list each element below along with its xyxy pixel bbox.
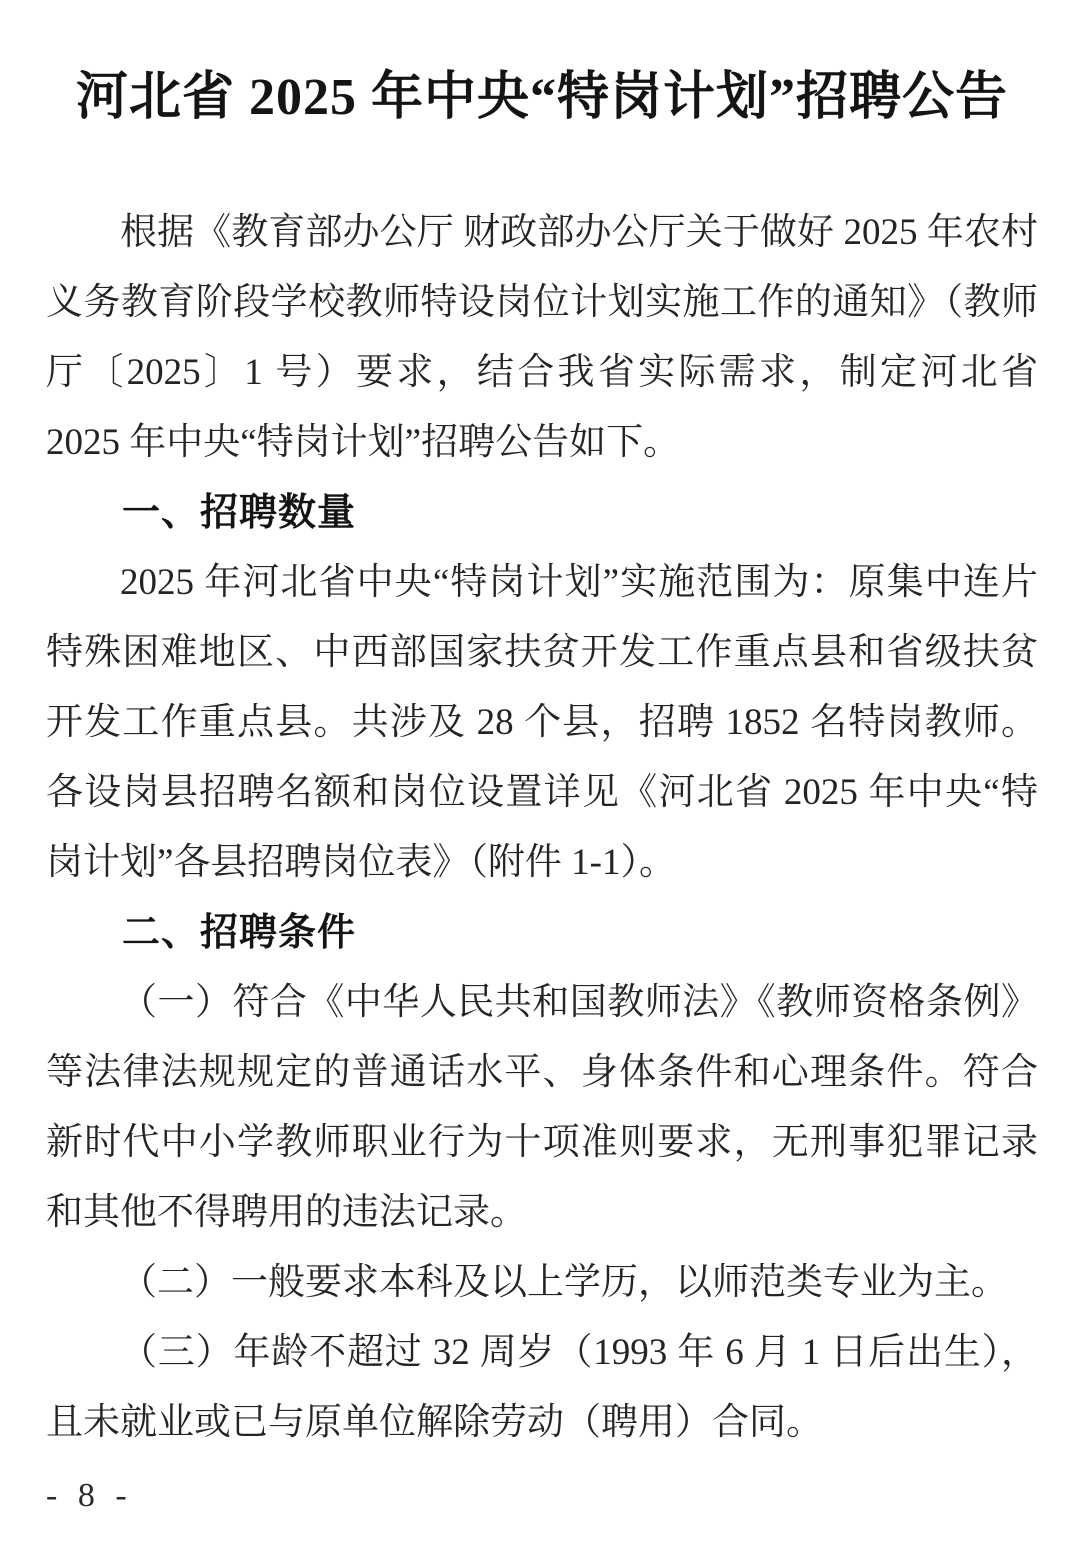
paragraph-condition-3: （三）年龄不超过 32 周岁（1993 年 6 月 1 日后出生），且未就业或已… [46,1318,1038,1458]
document-title: 河北省 2025 年中央“特岗计划”招聘公告 [46,62,1038,134]
paragraph-condition-2: （二）一般要求本科及以上学历，以师范类专业为主。 [46,1248,1038,1318]
section-heading-recruitment-conditions: 二、招聘条件 [46,898,1038,968]
paragraph-recruitment-quantity: 2025 年河北省中央“特岗计划”实施范围为：原集中连片特殊困难地区、中西部国家… [46,548,1038,898]
paragraph-intro: 根据《教育部办公厅 财政部办公厅关于做好 2025 年农村义务教育阶段学校教师特… [46,198,1038,478]
paragraph-condition-1: （一）符合《中华人民共和国教师法》《教师资格条例》等法律法规规定的普通话水平、身… [46,968,1038,1248]
document-page: 河北省 2025 年中央“特岗计划”招聘公告 根据《教育部办公厅 财政部办公厅关… [0,0,1080,1552]
page-number: - 8 - [46,1466,1038,1526]
section-heading-recruitment-quantity: 一、招聘数量 [46,478,1038,548]
